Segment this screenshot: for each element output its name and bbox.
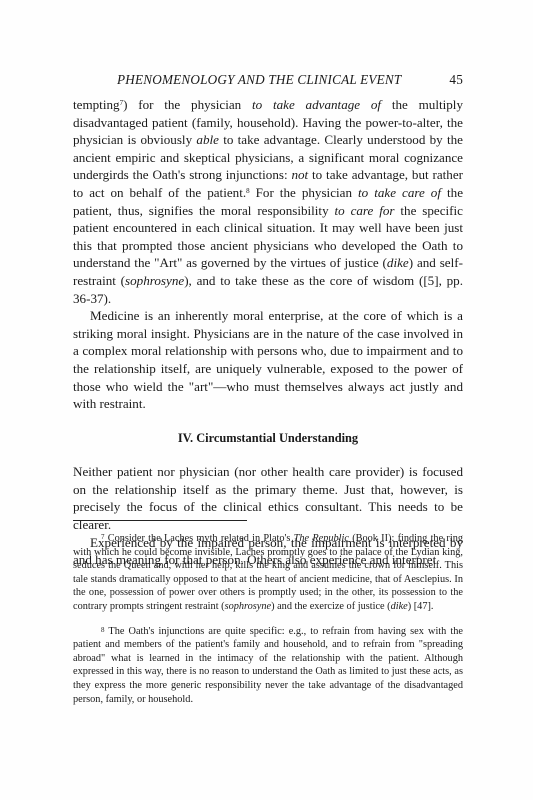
text-run: tempting: [73, 97, 120, 112]
text-run: The Oath's injunctions are quite specifi…: [73, 626, 463, 705]
running-head: PHENOMENOLOGY AND THE CLINICAL EVENT 45: [73, 72, 463, 90]
body-text: tempting7) for the physician to take adv…: [73, 96, 463, 569]
footnote-7: 7 Consider the Laches myth related in Pl…: [73, 532, 463, 614]
emphasis: to care for: [335, 203, 395, 218]
footnote-8: 8 The Oath's injunctions are quite speci…: [73, 625, 463, 707]
text-run: ) [47].: [408, 601, 434, 612]
text-run: ) and the exercize of justice (: [271, 601, 391, 612]
page-number: 45: [449, 72, 463, 88]
emphasis: sophrosyne: [225, 601, 272, 612]
text-run: ) for the physician: [123, 97, 252, 112]
text-run: Consider the Laches myth related in Plat…: [105, 533, 294, 544]
footnote-ref-8[interactable]: 8: [246, 187, 250, 195]
footnote-marker: 7: [101, 533, 105, 541]
emphasis: to take advantage of: [252, 97, 381, 112]
emphasis: able: [196, 132, 219, 147]
paragraph-2: Medicine is an inherently moral enterpri…: [73, 307, 463, 413]
text-run: For the physician: [250, 185, 358, 200]
emphasis: The Republic: [294, 533, 349, 544]
footnote-marker: 8: [101, 626, 105, 634]
running-head-title: PHENOMENOLOGY AND THE CLINICAL EVENT: [117, 72, 401, 88]
section-heading: IV. Circumstantial Understanding: [73, 430, 463, 448]
document-page: PHENOMENOLOGY AND THE CLINICAL EVENT 45 …: [0, 0, 533, 800]
emphasis: to take care of: [358, 185, 441, 200]
paragraph-3: Neither patient nor physician (nor other…: [73, 463, 463, 533]
paragraph-1: tempting7) for the physician to take adv…: [73, 96, 463, 307]
footnote-ref-7[interactable]: 7: [120, 99, 124, 107]
emphasis: dike: [391, 601, 408, 612]
footnotes: 7 Consider the Laches myth related in Pl…: [73, 532, 463, 706]
emphasis: sophrosyne: [125, 273, 184, 288]
emphasis: not: [291, 167, 308, 182]
footnote-divider: [73, 520, 247, 521]
emphasis: dike: [387, 255, 409, 270]
